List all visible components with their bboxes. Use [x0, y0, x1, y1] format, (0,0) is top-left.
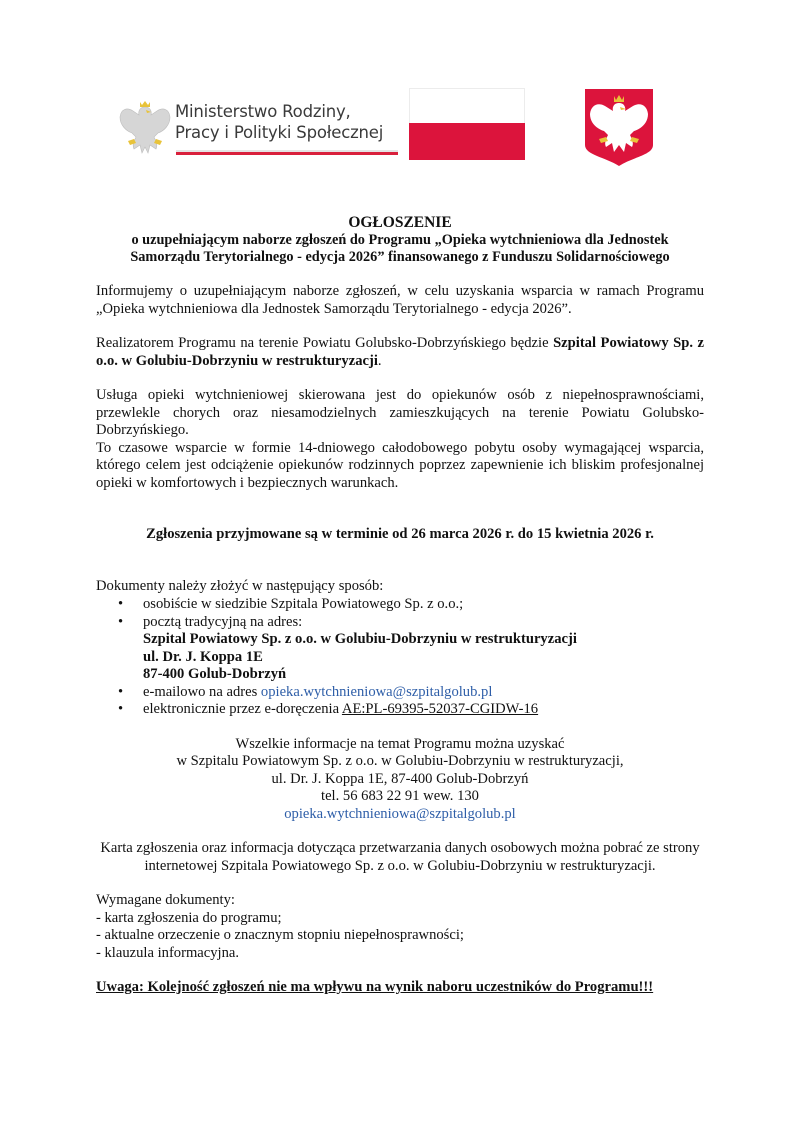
- header-logos: Ministerstwo Rodziny, Pracy i Polityki S…: [0, 85, 800, 170]
- realizer-paragraph: Realizatorem Programu na terenie Powiatu…: [96, 335, 704, 370]
- notice: Uwaga: Kolejność zgłoszeń nie ma wpływu …: [96, 979, 704, 997]
- list-item: - klauzula informacyjna.: [96, 945, 704, 963]
- list-item: • pocztą tradycyjną na adres: Szpital Po…: [96, 614, 704, 684]
- bullet-icon: •: [118, 701, 123, 719]
- grey-eagle-icon: [118, 97, 172, 159]
- support-description: To czasowe wsparcie w formie 14-dniowego…: [96, 440, 704, 493]
- coat-of-arms-icon: [583, 87, 655, 167]
- list-item: • e-mailowo na adres opieka.wytchnieniow…: [96, 684, 704, 702]
- list-item: - karta zgłoszenia do programu;: [96, 910, 704, 928]
- bullet-icon: •: [118, 596, 123, 614]
- contact-info: Wszelkie informacje na temat Programu mo…: [96, 736, 704, 824]
- email-link[interactable]: opieka.wytchnieniowa@szpitalgolub.pl: [261, 684, 492, 700]
- list-item: • elektronicznie przez e-doręczenia AE:P…: [96, 701, 704, 719]
- ministry-name-line2: Pracy i Polityki Społecznej: [175, 122, 383, 143]
- postal-address-city: 87-400 Golub-Dobrzyń: [143, 666, 286, 682]
- required-documents-heading: Wymagane dokumenty:: [96, 892, 704, 910]
- list-item: • osobiście w siedzibie Szpitala Powiato…: [96, 596, 704, 614]
- subtitle-line1: o uzupełniającym naborze zgłoszeń do Pro…: [96, 232, 704, 249]
- edelivery-address: AE:PL-69395-52037-CGIDW-16: [342, 701, 538, 717]
- ministry-logo: Ministerstwo Rodziny, Pracy i Polityki S…: [118, 97, 403, 159]
- page-title: OGŁOSZENIE: [96, 214, 704, 232]
- subtitle-line2: Samorządu Terytorialnego - edycja 2026” …: [96, 249, 704, 266]
- list-item: - aktualne orzeczenie o znacznym stopniu…: [96, 927, 704, 945]
- download-info: Karta zgłoszenia oraz informacja dotyczą…: [96, 840, 704, 875]
- service-description: Usługa opieki wytchnieniowej skierowana …: [96, 387, 704, 440]
- bullet-icon: •: [118, 684, 123, 702]
- deadline: Zgłoszenia przyjmowane są w terminie od …: [96, 526, 704, 544]
- contact-phone: tel. 56 683 22 91 wew. 130: [96, 788, 704, 806]
- required-documents: Wymagane dokumenty: - karta zgłoszenia d…: [96, 892, 704, 962]
- announcement-body: OGŁOSZENIE o uzupełniającym naborze zgło…: [96, 214, 704, 997]
- contact-email-link[interactable]: opieka.wytchnieniowa@szpitalgolub.pl: [284, 806, 515, 822]
- postal-address-street: ul. Dr. J. Koppa 1E: [143, 649, 263, 665]
- postal-address-name: Szpital Powiatowy Sp. z o.o. w Golubiu-D…: [143, 631, 577, 647]
- submission-intro: Dokumenty należy złożyć w następujący sp…: [96, 578, 704, 596]
- ministry-stripe: [176, 150, 398, 155]
- bullet-icon: •: [118, 614, 123, 632]
- ministry-name-line1: Ministerstwo Rodziny,: [175, 101, 383, 122]
- polish-flag: [409, 88, 525, 160]
- intro-paragraph: Informujemy o uzupełniającym naborze zgł…: [96, 283, 704, 318]
- submission-methods: • osobiście w siedzibie Szpitala Powiato…: [96, 596, 704, 719]
